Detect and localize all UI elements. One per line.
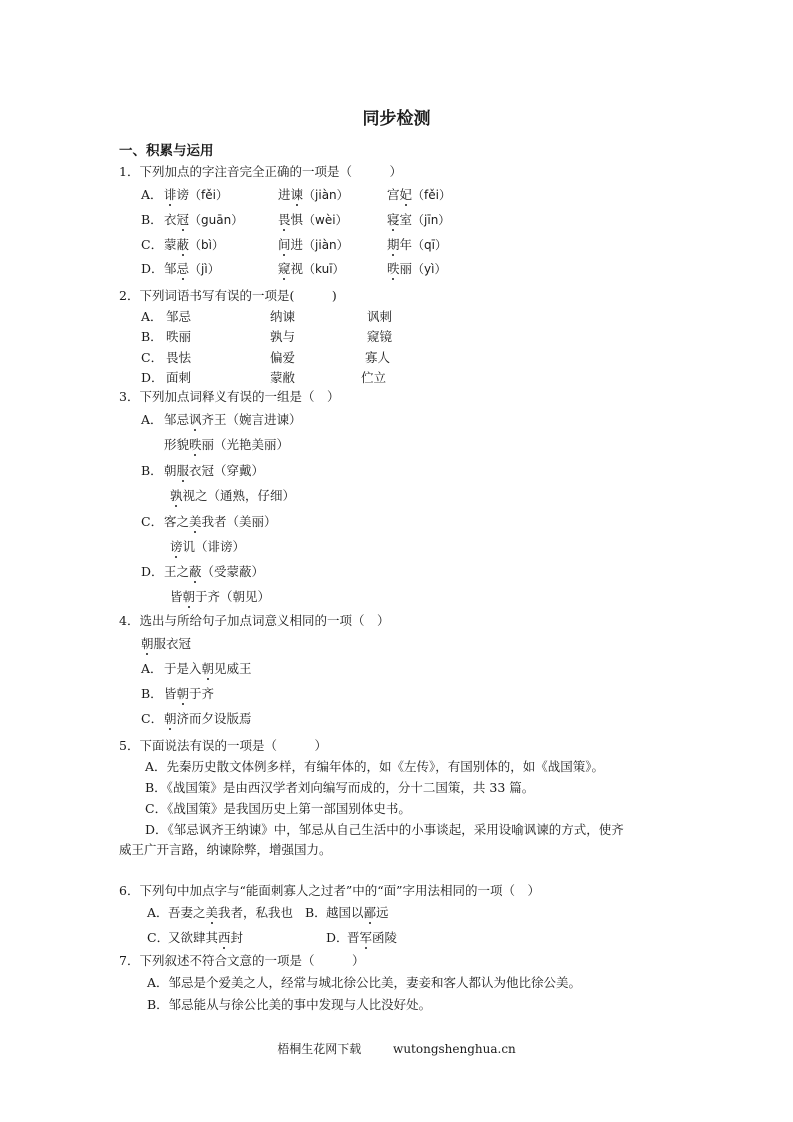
emphasis-dot-char: 忌	[177, 261, 190, 276]
q5-option-c: C．《战国策》是我国历史上第一部国别体史书。	[145, 799, 411, 817]
pinyin: （fěi）	[189, 188, 228, 202]
pinyin: （jiàn）	[303, 188, 349, 202]
q1-stem: 1．下列加点的字注音完全正确的一项是（ ）	[119, 162, 402, 180]
q1-option-c-item: 期年（qī）	[387, 235, 447, 253]
emphasis-dot-char: 朝	[202, 661, 215, 676]
page-title: 同步检测	[0, 104, 793, 129]
q1-option-b-label: B．	[141, 210, 163, 228]
footer-url: wutongshenghua.cn	[393, 1042, 516, 1056]
q3-line-label: B．	[141, 461, 163, 479]
emphasis-dot-char: 朝	[177, 686, 190, 701]
q6-option-d-label: D．	[326, 928, 349, 946]
pinyin: （qī）	[412, 238, 447, 252]
emphasis-dot-char: 昳	[387, 261, 400, 276]
q1-option-c-item: 蒙蔽（bì）	[164, 235, 224, 253]
pinyin: （jiàn）	[303, 238, 349, 252]
q4-option-c-label: C．	[141, 709, 163, 727]
q2-cell: 窥镜	[367, 327, 392, 345]
emphasis-dot-char: 朝	[164, 711, 177, 726]
q2-cell: 面刺	[166, 368, 191, 386]
q2-cell: C．	[141, 348, 163, 366]
q3-line: 客之美我者（美丽）	[164, 512, 277, 530]
q1-option-c-item: 间进（jiàn）	[278, 235, 349, 253]
emphasis-dot-char: 朝	[183, 589, 196, 604]
q4-option-a-label: A．	[141, 659, 163, 677]
emphasis-dot-char: 诽	[164, 187, 177, 202]
q2-stem: 2．下列词语书写有误的一项是( )	[119, 286, 337, 304]
pinyin: （jì）	[189, 262, 220, 276]
q2-cell: 纳谏	[270, 307, 295, 325]
q2-cell: 孰与	[270, 327, 295, 345]
q1-option-a-item: 进谏（jiàn）	[278, 185, 349, 203]
q5-option-b: B．《战国策》是由西汉学者刘向编写而成的，分十二国策，共 33 篇。	[145, 778, 534, 796]
q6-option-c-label: C．	[147, 928, 169, 946]
q3-line-label: D．	[141, 562, 164, 580]
emphasis-dot-char: 谏	[291, 187, 304, 202]
q4-option-b: 皆朝于齐	[164, 684, 214, 702]
q3-line: 朝服衣冠（穿戴）	[164, 461, 264, 479]
pinyin: （guān）	[189, 213, 243, 227]
pinyin: （bì）	[189, 238, 224, 252]
q1-option-b-item: 衣冠（guān）	[164, 210, 243, 228]
emphasis-dot-char: 冠	[177, 212, 190, 227]
emphasis-dot-char: 期	[387, 237, 400, 252]
pinyin: （jīn）	[412, 213, 450, 227]
emphasis-dot-char: 寝	[387, 212, 400, 227]
q2-cell: D．	[141, 368, 164, 386]
q3-line: 邹忌讽齐王（婉言进谏）	[164, 410, 302, 428]
q2-cell: 讽刺	[367, 307, 392, 325]
q2-cell: 蒙敝	[270, 368, 295, 386]
q6-option-b-label: B．	[305, 903, 327, 921]
q6-option-b: 越国以鄙远	[326, 903, 389, 921]
q3-line: 孰视之（通熟，仔细）	[170, 486, 295, 504]
emphasis-dot-char: 蔽	[177, 237, 190, 252]
q1-option-c-label: C．	[141, 235, 163, 253]
q5-option-a: A．先秦历史散文体例多样，有编年体的，如《左传》，有国别体的，如《战国策》。	[145, 757, 604, 775]
emphasis-dot-char: 美	[189, 514, 202, 529]
emphasis-dot-char: 畏	[278, 212, 291, 227]
q3-line: 形貌昳丽（光艳美丽）	[164, 435, 289, 453]
emphasis-dot-char: 西	[218, 930, 231, 945]
emphasis-dot-char: 鄙	[364, 905, 377, 920]
page-footer: 梧桐生花网下载 wutongshenghua.cn	[0, 1040, 793, 1057]
q7-option-b: B．邹忌能从与徐公比美的事中发现与人比没好处。	[147, 995, 431, 1013]
emphasis-dot-char: 蔽	[189, 564, 202, 579]
q5-option-d: D．《邹忌讽齐王纳谏》中，邹忌从自己生活中的小事谈起，采用设喻讽谏的方式，使齐	[145, 820, 624, 838]
q1-option-a-item: 诽谤（fěi）	[164, 185, 228, 203]
emphasis-dot-char: 谤	[170, 539, 183, 554]
footer-site-name: 梧桐生花网下载	[277, 1042, 361, 1056]
pinyin: （fěi）	[412, 188, 451, 202]
q2-cell: B．	[141, 327, 163, 345]
q3-line: 谤讥（诽谤）	[170, 537, 245, 555]
q1-option-a-label: A．	[141, 185, 163, 203]
q2-cell: 昳丽	[166, 327, 191, 345]
q2-cell: 邹忌	[166, 307, 191, 325]
pinyin: （yì）	[412, 262, 446, 276]
q2-cell: 畏怯	[166, 348, 191, 366]
emphasis-dot-char: 窥	[278, 261, 291, 276]
q6-option-d: 晋军函陵	[347, 928, 397, 946]
emphasis-dot-char: 军	[360, 930, 373, 945]
q1-option-d-item: 窥视（kuī）	[278, 259, 345, 277]
emphasis-dot-char: 昳	[189, 437, 202, 452]
q1-option-b-item: 寝室（jīn）	[387, 210, 450, 228]
q4-given-sentence: 朝服衣冠	[141, 634, 191, 652]
q6-option-c: 又欲肆其西封	[168, 928, 243, 946]
emphasis-dot-char: 孰	[170, 488, 183, 503]
q4-option-c: 朝济而夕设版焉	[164, 709, 252, 727]
q3-line-label: A．	[141, 410, 163, 428]
q2-cell: 寡人	[365, 348, 390, 366]
q1-option-d-item: 邹忌（jì）	[164, 259, 220, 277]
q4-stem: 4．选出与所给句子加点词意义相同的一项（ ）	[119, 611, 389, 629]
q3-line-label: C．	[141, 512, 163, 530]
section-heading: 一、积累与运用	[119, 139, 214, 159]
q7-option-a: A．邹忌是个爱美之人，经常与城北徐公比美，妻妾和客人都认为他比徐公美。	[147, 973, 581, 991]
q3-stem: 3．下列加点词释义有误的一组是（ ）	[119, 387, 339, 405]
q1-option-b-item: 畏惧（wèi）	[278, 210, 348, 228]
emphasis-dot-char: 间	[278, 237, 291, 252]
q2-cell: A．	[141, 307, 163, 325]
q1-option-d-item: 昳丽（yì）	[387, 259, 446, 277]
emphasis-dot-char: 服	[177, 463, 190, 478]
q3-line: 皆朝于齐（朝见）	[170, 587, 270, 605]
q7-stem: 7．下列叙述不符合文意的一项是（ ）	[119, 951, 364, 969]
q6-stem: 6．下列句中加点字与“能面刺寡人之过者”中的“面”字用法相同的一项（ ）	[119, 881, 540, 899]
q1-option-d-label: D．	[141, 259, 164, 277]
q5-option-d-continued: 威王广开言路，纳谏除弊，增强国力。	[119, 840, 332, 858]
emphasis-dot-char: 美	[206, 905, 219, 920]
emphasis-dot-char: 朝	[141, 636, 154, 651]
emphasis-dot-char: 妃	[400, 187, 413, 202]
q3-line: 王之蔽（受蒙蔽）	[164, 562, 264, 580]
q2-cell: 偏爱	[270, 348, 295, 366]
q4-option-a: 于是入朝见威王	[164, 659, 252, 677]
q6-option-a-label: A．	[147, 903, 169, 921]
q1-option-a-item: 宫妃（fěi）	[387, 185, 451, 203]
pinyin: （wèi）	[303, 213, 348, 227]
emphasis-dot-char: 讽	[189, 412, 202, 427]
q5-stem: 5．下面说法有误的一项是（ ）	[119, 736, 327, 754]
q6-option-a: 吾妻之美我者，私我也	[168, 903, 293, 921]
q2-cell: 伫立	[361, 368, 386, 386]
pinyin: （kuī）	[303, 262, 345, 276]
q4-option-b-label: B．	[141, 684, 163, 702]
